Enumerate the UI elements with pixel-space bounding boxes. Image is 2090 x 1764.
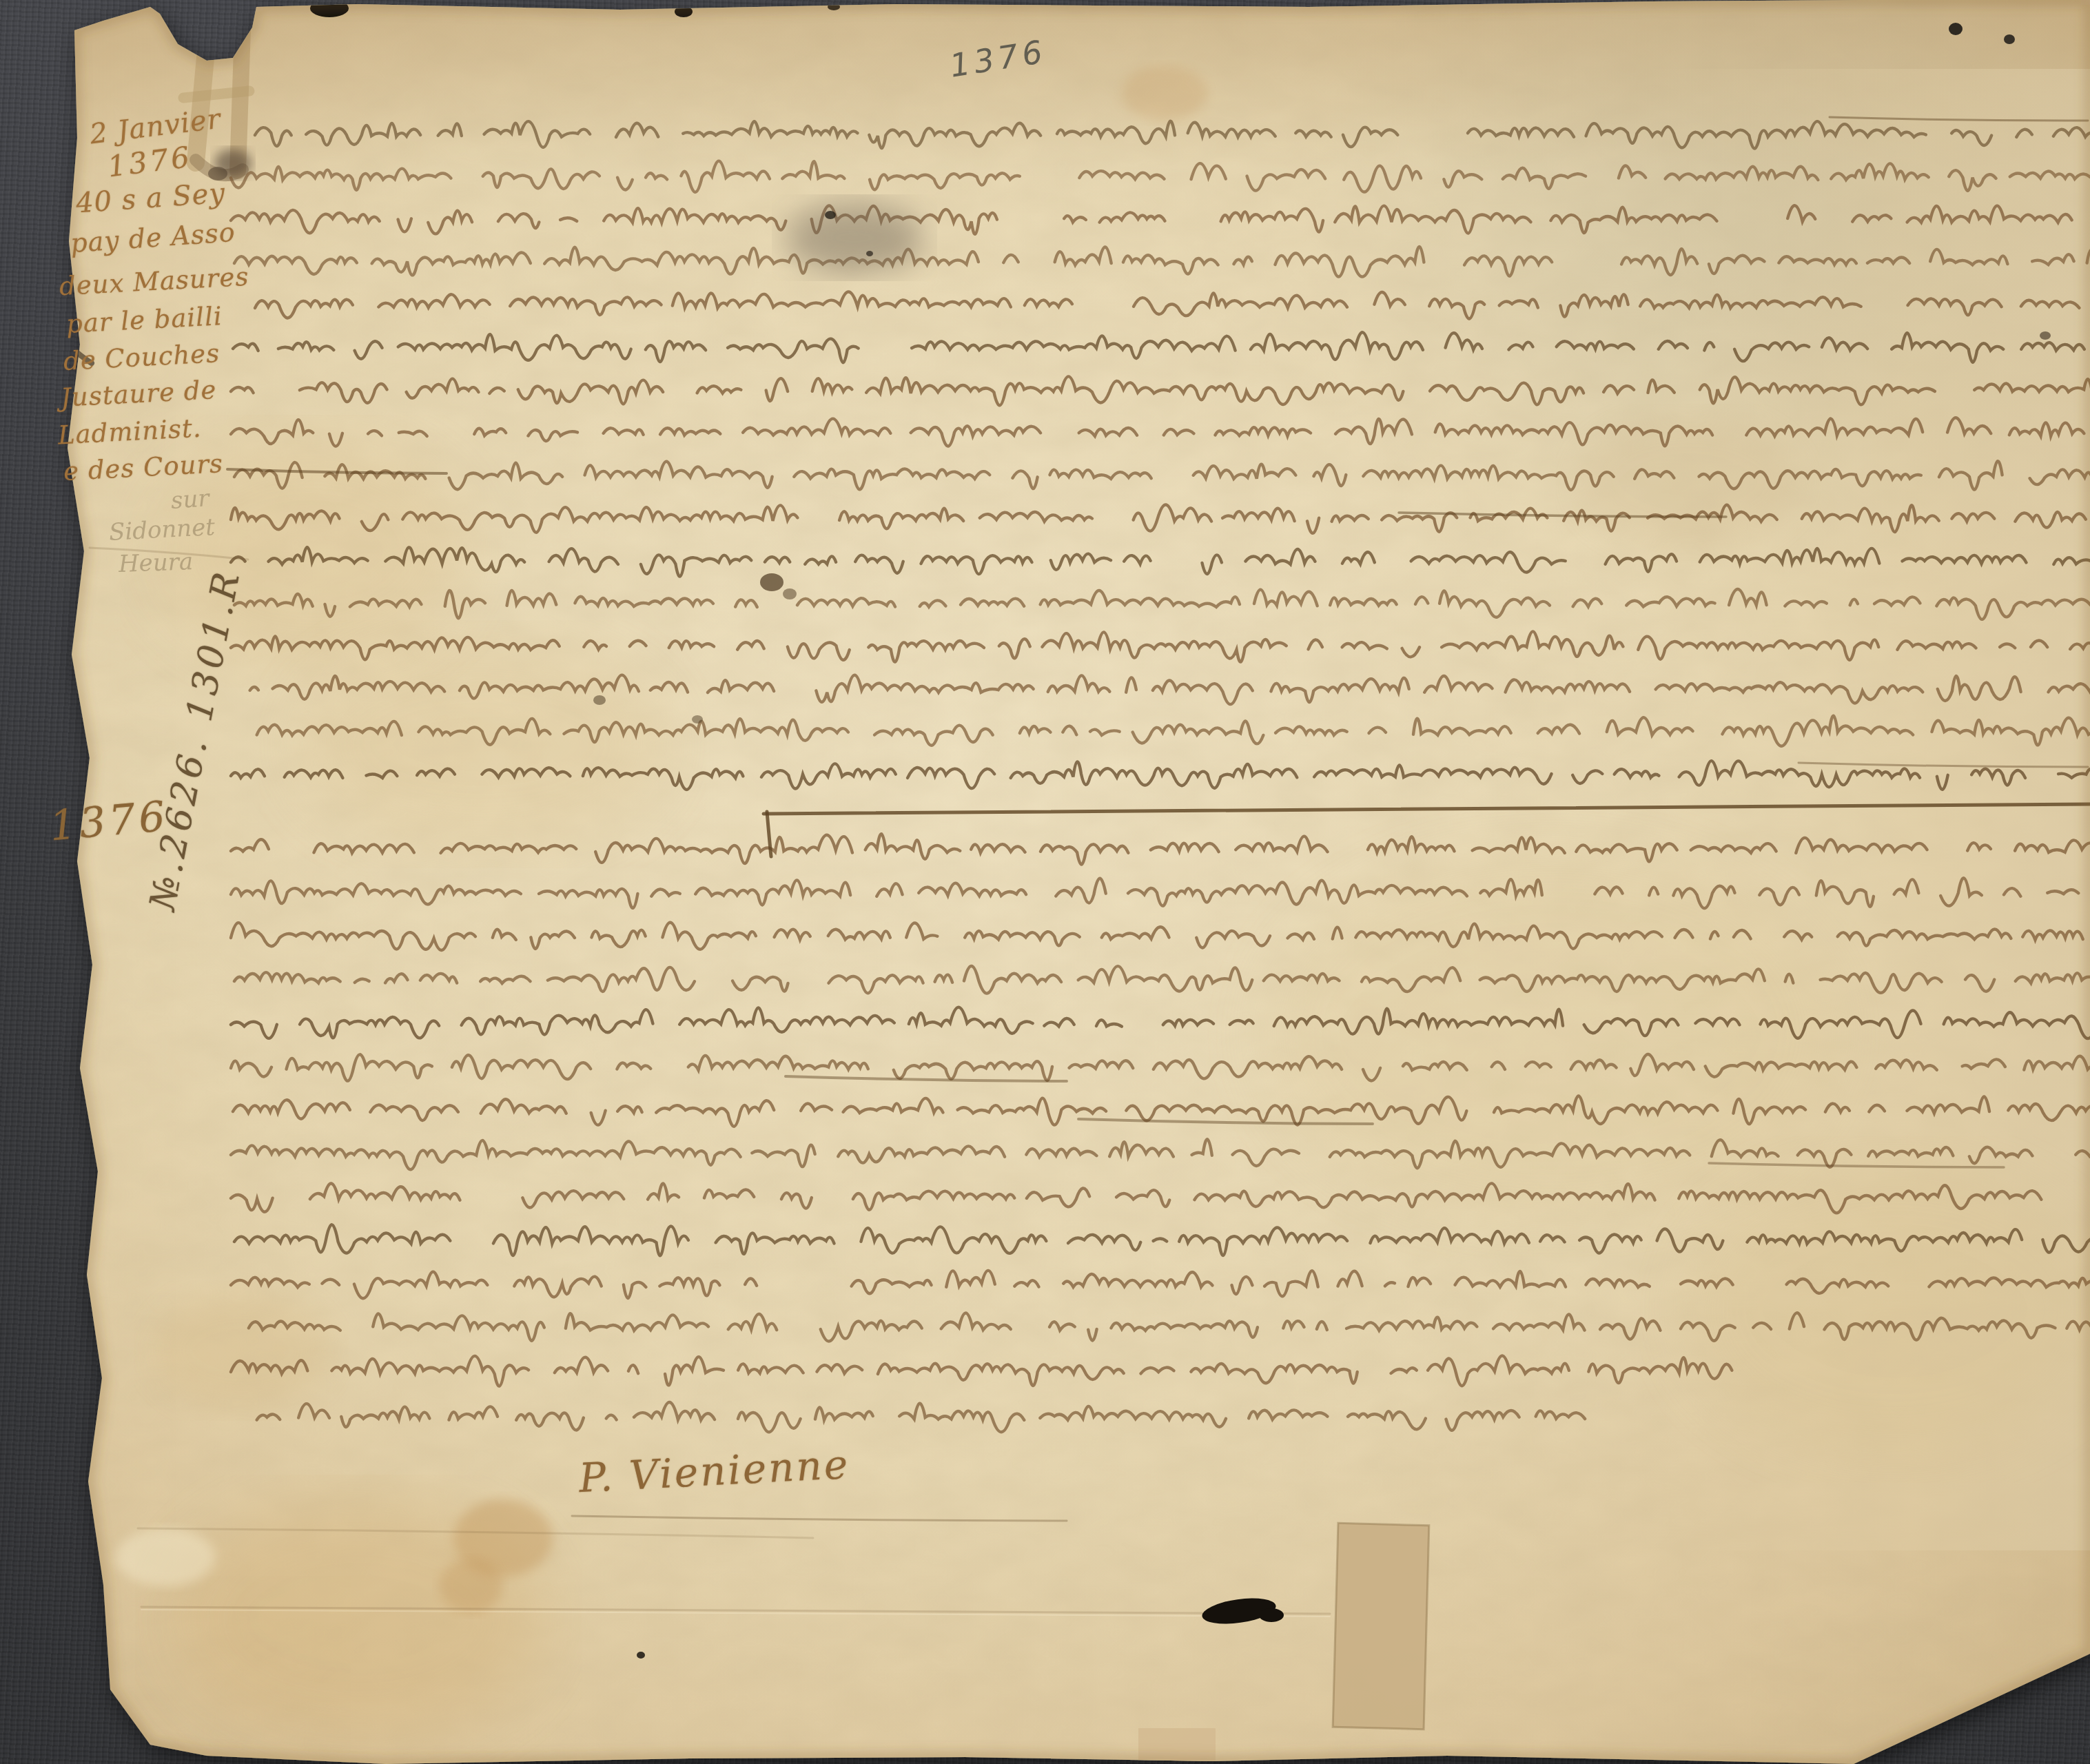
parchment-rendering: [0, 0, 2090, 1764]
manuscript-photo: 1376 2 Janvier 1376 40 s a Sey pay de As…: [0, 0, 2090, 1764]
